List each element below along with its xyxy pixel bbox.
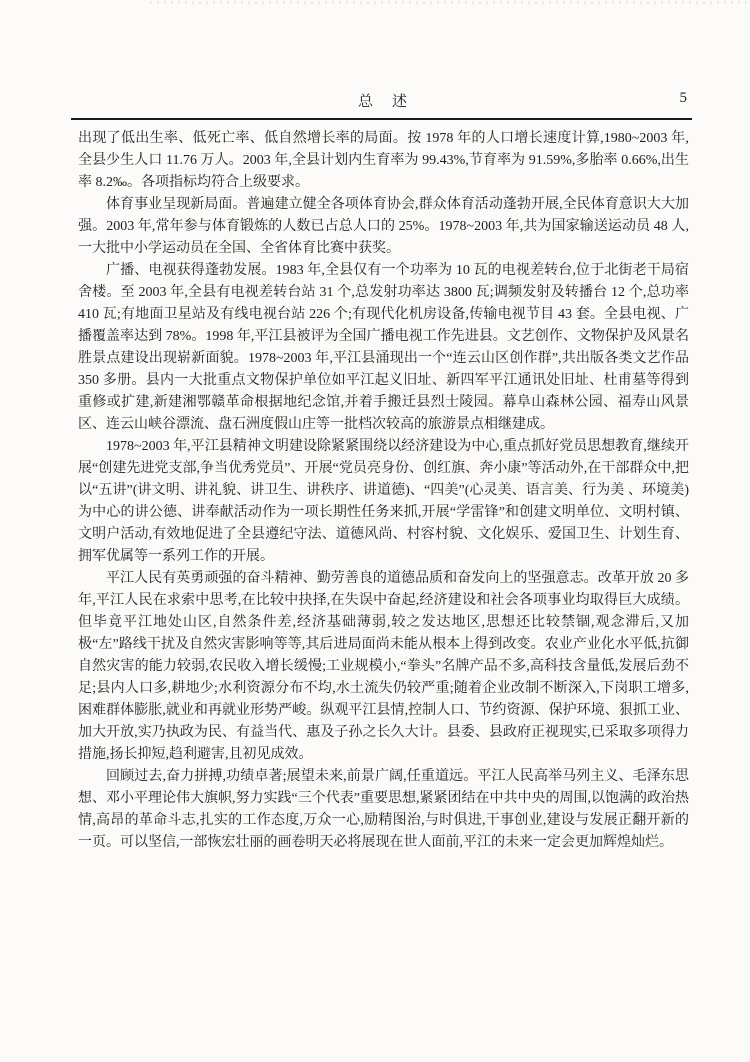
paragraph-broadcast-culture: 广播、电视获得蓬勃发展。1983 年,全县仅有一个功率为 10 瓦的电视差转台,…: [78, 260, 689, 436]
page-header: 总 述 5: [78, 90, 689, 114]
header-rule: [71, 118, 692, 120]
page-number: 5: [680, 90, 688, 107]
paragraph-spiritual-civilization: 1978~2003 年,平江县精神文明建设除紧紧围绕以经济建设为中心,重点抓好党…: [78, 436, 689, 568]
paragraph-outlook: 回顾过去,奋力拼搏,功绩卓著;展望未来,前景广阔,任重道远。平江人民高举马列主义…: [78, 766, 689, 854]
running-title: 总 述: [78, 90, 689, 111]
paragraph-people-conditions: 平江人民有英勇顽强的奋斗精神、勤劳善良的道德品质和奋发向上的坚强意志。改革开放 …: [78, 568, 689, 766]
scan-noise-artifact: [150, 1, 750, 4]
scanned-book-page: 总 述 5 出现了低出生率、低死亡率、低自然增长率的局面。按 1978 年的人口…: [0, 0, 750, 1062]
paragraph-sports: 体育事业呈现新局面。普遍建立健全各项体育协会,群众体育活动蓬勃开展,全民体育意识…: [78, 194, 689, 260]
body-text: 出现了低出生率、低死亡率、低自然增长率的局面。按 1978 年的人口增长速度计算…: [78, 128, 689, 854]
paragraph-population-planning: 出现了低出生率、低死亡率、低自然增长率的局面。按 1978 年的人口增长速度计算…: [78, 128, 689, 194]
